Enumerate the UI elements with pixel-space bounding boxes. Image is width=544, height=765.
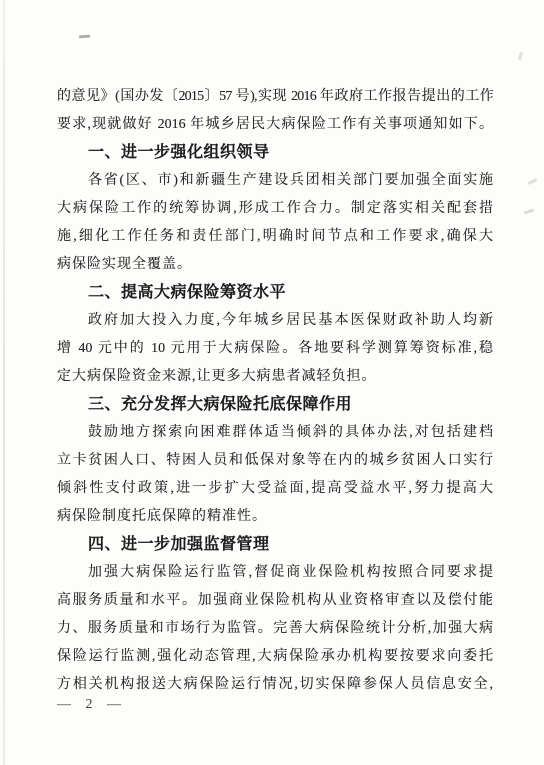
scan-edge-line [3,0,5,765]
body-line: 加强大病保险运行监管,督促商业保险机构按照合同要求提 [57,559,493,587]
body-line: 鼓励地方探索向困难群体适当倾斜的具体办法,对包括建档 [57,419,493,447]
section-heading-1: 一、进一步强化组织领导 [57,139,493,167]
body-line: 病保险实现全覆盖。 [57,251,493,279]
body-line: 增 40 元中的 10 元用于大病保险。各地要科学测算筹资标准,稳 [57,335,493,363]
body-line: 病保险制度托底保障的精准性。 [57,503,493,531]
body-line: 政府加大投入力度,今年城乡居民基本医保财政补助人均新 [57,307,493,335]
body-line: 立卡贫困人口、特困人员和低保对象等在内的城乡贫困人口实行 [57,447,493,475]
scan-artifact-speck [518,52,523,61]
section-heading-2: 二、提高大病保险筹资水平 [57,279,493,307]
body-line: 要求,现就做好 2016 年城乡居民大病保险工作有关事项通知如下。 [57,111,493,139]
body-line: 高服务质量和水平。加强商业保险机构从业资格审查以及偿付能 [57,587,493,615]
body-line: 大病保险工作的统筹协调,形成工作合力。制定落实相关配套措 [57,195,493,223]
section-heading-4: 四、进一步加强监督管理 [57,531,493,559]
body-line: 的意见》(国办发〔2015〕57 号),实现 2016 年政府工作报告提出的工作 [57,83,493,111]
body-line: 各省(区、市)和新疆生产建设兵团相关部门要加强全面实施 [57,167,493,195]
scan-artifact-speck [528,178,537,185]
scan-artifact-speck [524,208,534,214]
body-line: 方相关机构报送大病保险运行情况,切实保障参保人员信息安全, [57,671,493,699]
section-heading-3: 三、充分发挥大病保险托底保障作用 [57,391,493,419]
document-body: 的意见》(国办发〔2015〕57 号),实现 2016 年政府工作报告提出的工作… [57,83,493,699]
body-line: 定大病保险资金来源,让更多大病患者减轻负担。 [57,363,493,391]
body-line: 保险运行监测,强化动态管理,大病保险承办机构要按要求向委托 [57,643,493,671]
scan-artifact-dash [79,35,90,39]
body-line: 力、服务质量和市场行为监管。完善大病保险统计分析,加强大病 [57,615,493,643]
body-line: 倾斜性支付政策,进一步扩大受益面,提高受益水平,努力提高大 [57,475,493,503]
page-number: — 2 — [57,697,122,713]
scanned-document-page: 的意见》(国办发〔2015〕57 号),实现 2016 年政府工作报告提出的工作… [0,0,544,765]
body-line: 施,细化工作任务和责任部门,明确时间节点和工作要求,确保大 [57,223,493,251]
